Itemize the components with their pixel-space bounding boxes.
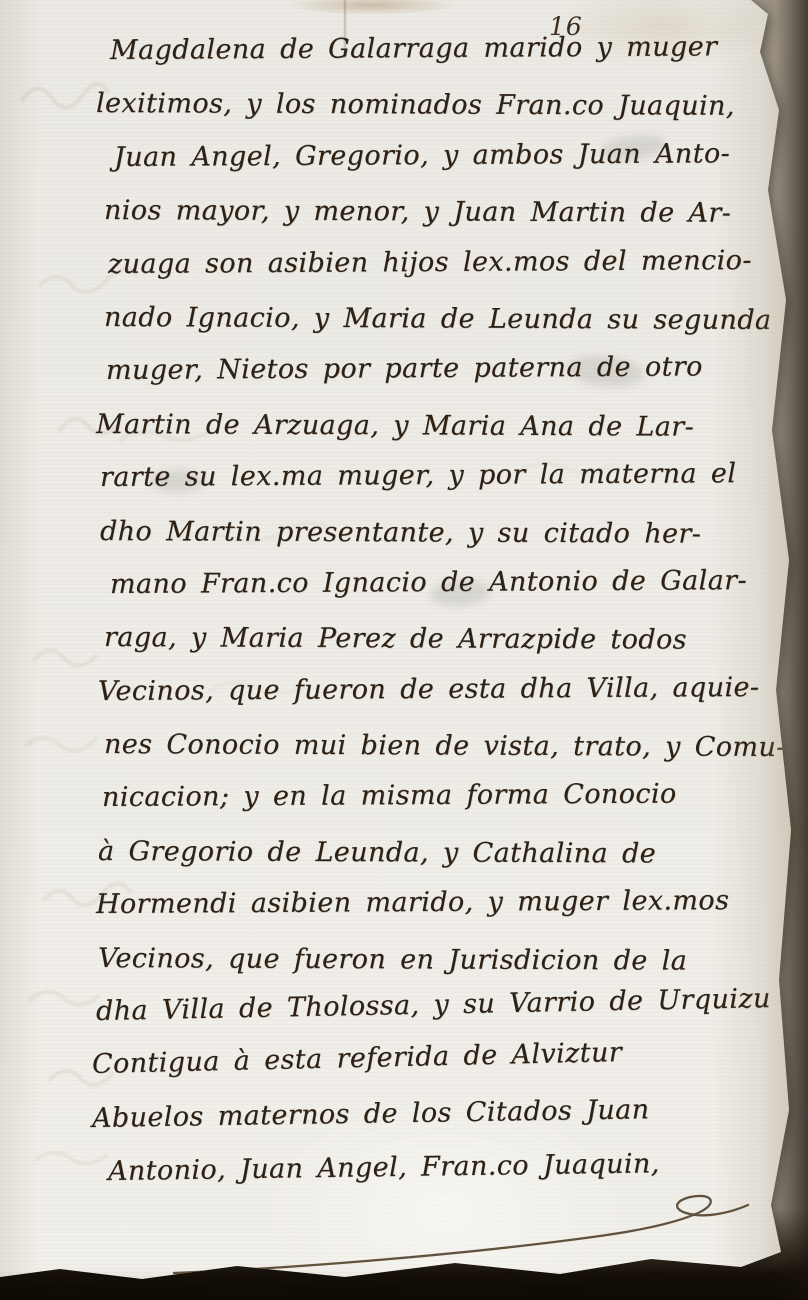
paper-shadow-wrap: 16 Magdalena de Galarraga marido y muger… bbox=[0, 0, 808, 1300]
manuscript-line: nios mayor, y menor, y Juan Martin de Ar… bbox=[104, 184, 760, 240]
manuscript-line: muger, Nietos por parte paterna de otro bbox=[106, 340, 760, 397]
manuscript-line: Hormendi asibien marido, y muger lex.mos bbox=[96, 874, 760, 931]
manuscript-line: Juan Angel, Gregorio, y ambos Juan Anto- bbox=[114, 127, 760, 184]
manuscript-line: nes Conocio mui bien de vista, trato, y … bbox=[104, 718, 760, 774]
manuscript-line: nicacion; y en la misma forma Conocio bbox=[102, 767, 760, 824]
manuscript-line: mano Fran.co Ignacio de Antonio de Galar… bbox=[110, 554, 760, 611]
manuscript-line: raga, y Maria Perez de Arrazpide todos bbox=[104, 611, 760, 667]
scanned-manuscript-page: 16 Magdalena de Galarraga marido y muger… bbox=[0, 0, 808, 1300]
manuscript-line: Antonio, Juan Angel, Fran.co Juaquin, bbox=[108, 1136, 761, 1198]
manuscript-text-block: Magdalena de Galarraga marido y muger le… bbox=[96, 24, 760, 1199]
manuscript-line: Magdalena de Galarraga marido y muger bbox=[110, 20, 760, 77]
manuscript-line: Vecinos, que fueron de esta dha Villa, a… bbox=[98, 661, 760, 718]
manuscript-line: lexitimos, y los nominados Fran.co Juaqu… bbox=[96, 77, 760, 133]
manuscript-line: nado Ignacio, y Maria de Leunda su segun… bbox=[104, 291, 760, 347]
manuscript-line: dho Martin presentante, y su citado her- bbox=[100, 505, 760, 561]
paper-sheet: 16 Magdalena de Galarraga marido y muger… bbox=[0, 0, 808, 1300]
manuscript-line: rarte su lex.ma muger, y por la materna … bbox=[100, 447, 760, 504]
manuscript-line: à Gregorio de Leunda, y Cathalina de bbox=[98, 825, 760, 881]
manuscript-line: zuaga son asibien hijos lex.mos del menc… bbox=[108, 234, 760, 291]
manuscript-line: Martin de Arzuaga, y Maria Ana de Lar- bbox=[96, 398, 760, 454]
manuscript-line: Abuelos maternos de los Citados Juan bbox=[92, 1081, 761, 1145]
